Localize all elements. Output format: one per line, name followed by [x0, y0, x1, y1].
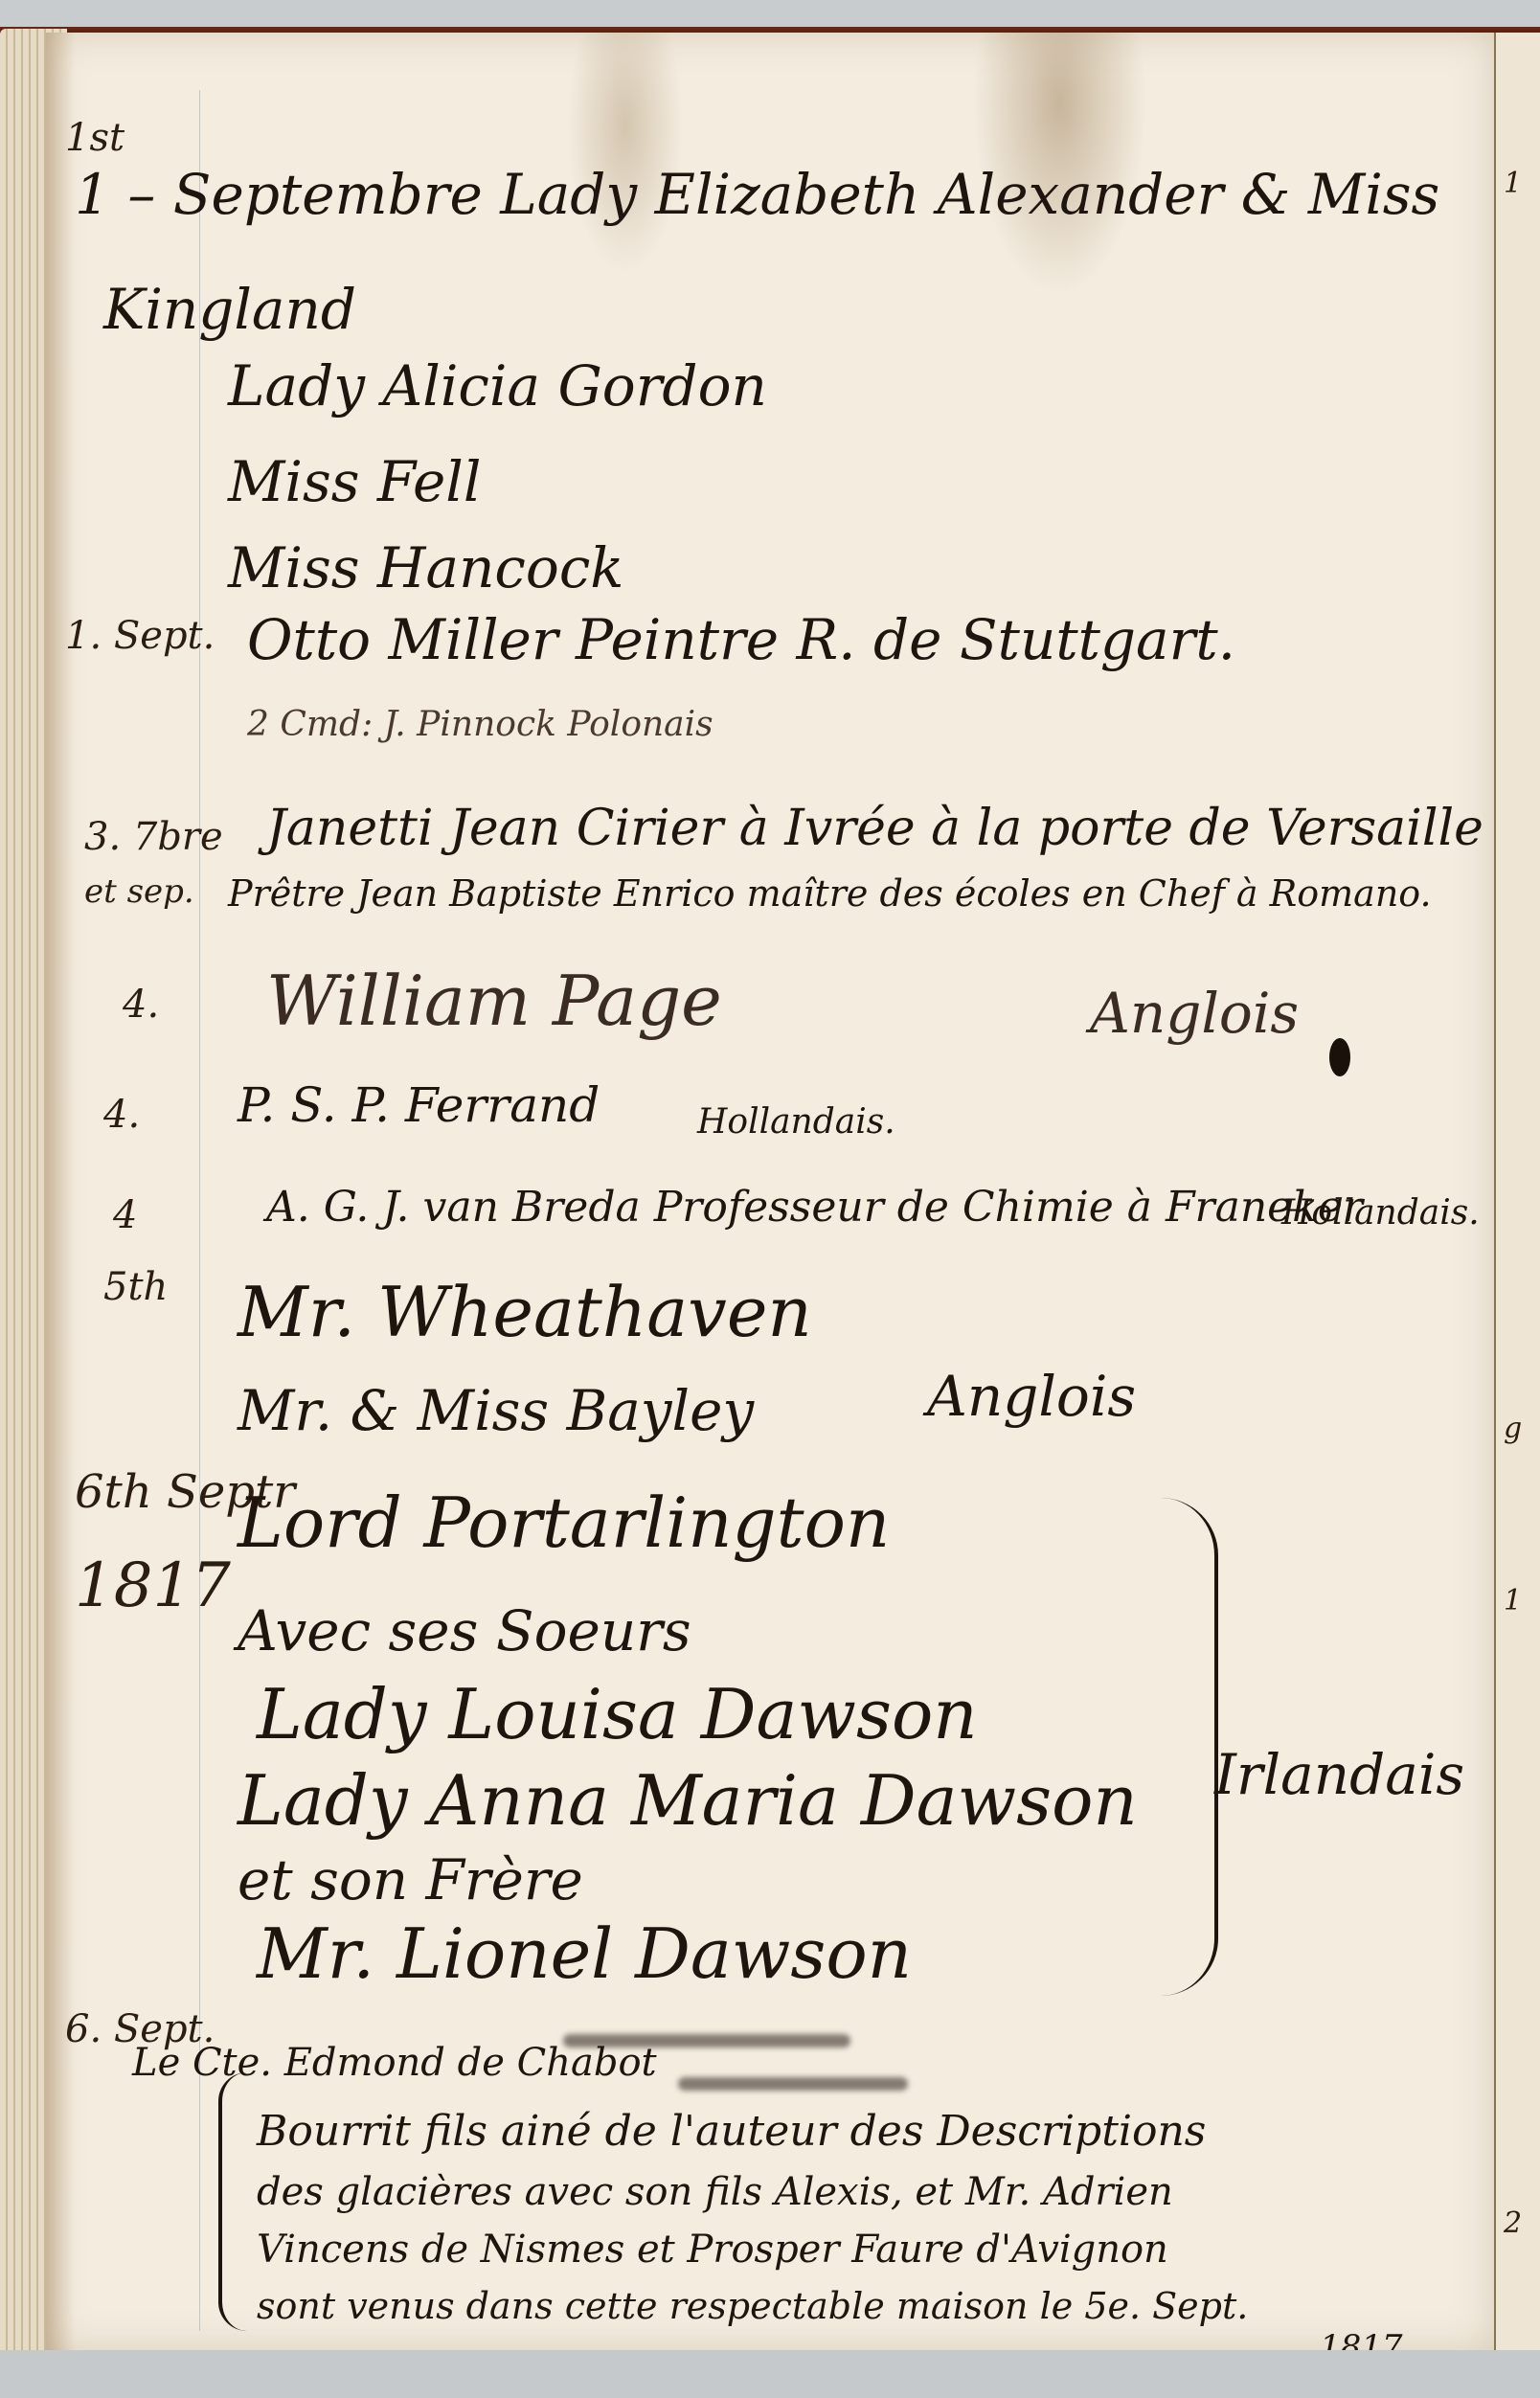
- margin-fragment: 2: [1504, 2206, 1522, 2240]
- entry-line: Prêtre Jean Baptiste Enrico maître des é…: [228, 875, 1432, 912]
- entry-line: Otto Miller Peintre R. de Stuttgart.: [247, 612, 1235, 667]
- entry-date: 5th: [103, 1268, 168, 1306]
- entry-line: 2 Cmd: J. Pinnock Polonais: [247, 708, 713, 742]
- entry-date: 1st: [65, 119, 125, 157]
- entry-line: Lady Anna Maria Dawson: [238, 1766, 1138, 1835]
- bracket-brace: [218, 2072, 249, 2331]
- entry-date: 4.: [123, 985, 159, 1024]
- entry-line: Mr. Lionel Dawson: [257, 1919, 912, 1988]
- entry-nationality: Anglois: [927, 1369, 1136, 1424]
- entry-date: 3. 7bre: [84, 818, 223, 856]
- entry-line: Miss Hancock: [228, 540, 623, 596]
- entry-line: 1 – Septembre Lady Elizabeth Alexander &…: [75, 167, 1439, 222]
- entry-line: Mr. Wheathaven: [238, 1278, 812, 1346]
- entry-line: Janetti Jean Cirier à Ivrée à la porte d…: [266, 803, 1483, 853]
- entry-line: P. S. P. Ferrand: [238, 1081, 600, 1129]
- margin-fragment: 1: [1504, 1584, 1522, 1618]
- entry-line: des glacières avec son fils Alexis, et M…: [257, 2173, 1173, 2211]
- entry-line: Lady Louisa Dawson: [257, 1680, 978, 1749]
- entry-line: et son Frère: [238, 1852, 583, 1908]
- entry-line: sont venus dans cette respectable maison…: [257, 2288, 1248, 2324]
- entry-line: Avec ses Soeurs: [238, 1603, 691, 1659]
- entry-year: 1817: [75, 1555, 231, 1617]
- margin-rule: [199, 90, 200, 2331]
- scan-background-bottom: [0, 2350, 1540, 2398]
- entry-nationality: Anglois: [1090, 985, 1299, 1041]
- entry-nationality: Hollandais.: [1281, 1196, 1480, 1231]
- ink-blot: [1329, 1038, 1350, 1076]
- entry-date: 1. Sept.: [65, 617, 215, 655]
- entry-line: William Page: [266, 966, 722, 1035]
- entry-line: Vincens de Nismes et Prosper Faure d'Avi…: [257, 2230, 1168, 2269]
- entry-line: Lord Portarlington: [238, 1488, 890, 1557]
- ink-smudge: [678, 2077, 908, 2091]
- entry-nationality: Irlandais: [1214, 1747, 1464, 1802]
- margin-fragment: 1: [1504, 167, 1522, 200]
- entry-line: Bourrit fils ainé de l'auteur des Descri…: [257, 2111, 1206, 2153]
- entry-date: 4.: [103, 1096, 140, 1134]
- entry-nationality: Hollandais.: [697, 1105, 895, 1140]
- entry-date: 4: [113, 1196, 137, 1234]
- manuscript-page: 1st 1 – Septembre Lady Elizabeth Alexand…: [46, 33, 1494, 2350]
- entry-line: Kingland: [103, 282, 356, 337]
- entry-line: Mr. & Miss Bayley: [238, 1383, 754, 1438]
- entry-line: Lady Alicia Gordon: [228, 358, 767, 414]
- entry-line: A. G. J. van Breda Professeur de Chimie …: [266, 1187, 1363, 1229]
- margin-fragment: g: [1504, 1412, 1522, 1445]
- entry-line: Le Cte. Edmond de Chabot: [132, 2044, 657, 2082]
- entry-date-secondary: et sep.: [84, 875, 194, 908]
- bracket-brace: [1157, 1498, 1218, 1996]
- adjacent-page-edge: 1 g 1 2: [1494, 33, 1540, 2350]
- entry-line: Miss Fell: [228, 454, 481, 509]
